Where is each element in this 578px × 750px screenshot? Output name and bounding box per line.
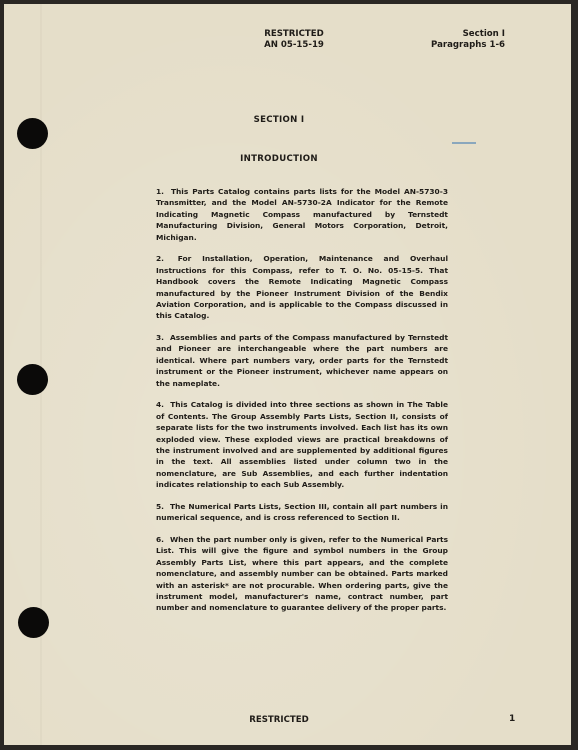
binder-hole-icon: [17, 364, 48, 395]
paragraph-number: 4.: [156, 400, 164, 409]
chapter-title: INTRODUCTION: [204, 154, 354, 164]
paragraph-text: When the part number only is given, refe…: [156, 535, 448, 612]
paragraph-3: 3. Assemblies and parts of the Compass m…: [156, 332, 448, 389]
paragraph-number: 3.: [156, 333, 164, 342]
paragraph-text: This Parts Catalog contains parts lists …: [156, 187, 448, 242]
paragraph-number: 5.: [156, 502, 164, 511]
paragraph-number: 1.: [156, 187, 164, 196]
header-section: Section I: [345, 29, 505, 40]
paragraph-text: Assemblies and parts of the Compass manu…: [156, 333, 448, 388]
header-document-number: AN 05-15-19: [224, 40, 364, 51]
document-page: RESTRICTED AN 05-15-19 Section I Paragra…: [4, 4, 571, 745]
paragraph-text: This Catalog is divided into three secti…: [156, 400, 448, 489]
body-text: 1. This Parts Catalog contains parts lis…: [156, 186, 448, 624]
paragraph-text: The Numerical Parts Lists, Section III, …: [156, 502, 448, 522]
header-paragraphs: Paragraphs 1-6: [345, 40, 505, 51]
page-number: 1: [509, 714, 515, 724]
paragraph-5: 5. The Numerical Parts Lists, Section II…: [156, 501, 448, 524]
paragraph-4: 4. This Catalog is divided into three se…: [156, 399, 448, 490]
binder-hole-icon: [17, 118, 48, 149]
paragraph-number: 6.: [156, 535, 164, 544]
header-right: Section I Paragraphs 1-6: [345, 29, 505, 51]
paragraph-6: 6. When the part number only is given, r…: [156, 534, 448, 614]
header-center: RESTRICTED AN 05-15-19: [224, 29, 364, 51]
margin-mark: [452, 142, 476, 144]
footer-classification: RESTRICTED: [204, 715, 354, 725]
paragraph-1: 1. This Parts Catalog contains parts lis…: [156, 186, 448, 243]
header-classification: RESTRICTED: [224, 29, 364, 40]
paragraph-text: For Installation, Operation, Maintenance…: [156, 254, 448, 320]
paragraph-number: 2.: [156, 254, 164, 263]
binder-hole-icon: [18, 607, 49, 638]
section-title: SECTION I: [204, 115, 354, 125]
paragraph-2: 2. For Installation, Operation, Maintena…: [156, 253, 448, 321]
